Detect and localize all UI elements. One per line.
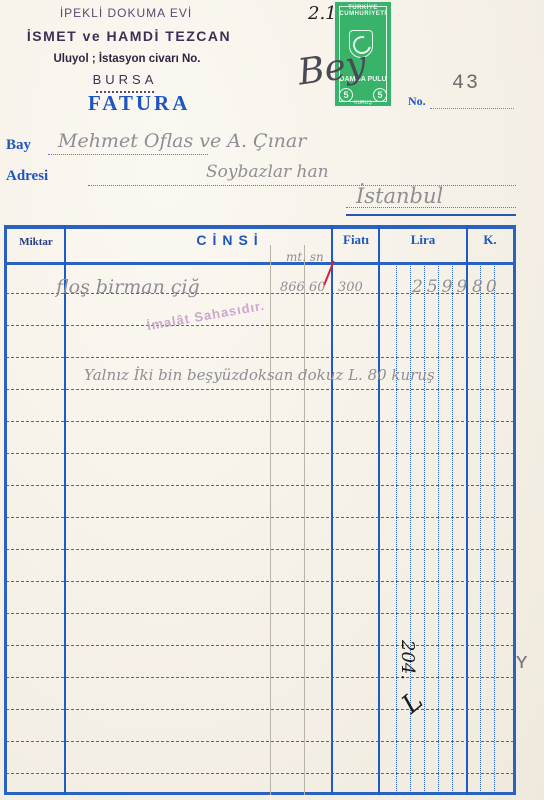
row-line [6,453,514,454]
amount-in-words: Yalnız İki bin beşyüzdoksan dokuz L. 80 … [84,366,435,384]
item-kurus: 80 [472,277,500,297]
stamp-unit: KURUŞ [335,100,391,106]
lira-subdivider-5 [452,262,453,795]
row-line [6,709,514,710]
address-dotted-line-1 [88,185,516,186]
row-line [6,357,514,358]
row-line [6,325,514,326]
invoice-paper: İPEKLİ DOKUMA EVİ İSMET ve HAMDİ TEZCAN … [0,0,544,800]
table-header-divider [4,262,516,265]
lira-subdivider-3 [424,262,425,795]
stamp-country: TÜRKİYE CUMHURİYETİ [335,5,391,17]
lira-subdivider-4 [438,262,439,795]
letterhead-address: Uluyol ; İstasyon civarı No. [22,53,232,65]
row-line [6,677,514,678]
row-line [6,581,514,582]
header-fiati: Fiatı [334,232,378,248]
pencil-rule-2 [304,245,305,795]
header-cinsi: CİNSİ [180,232,280,248]
address-underline [346,214,516,216]
item-measure: 866 60 [280,280,326,295]
document-title: FATURA [88,91,190,116]
row-line [6,645,514,646]
row-line [6,517,514,518]
row-line [6,613,514,614]
margin-tick-mark: ʏ [516,648,527,674]
row-line [6,741,514,742]
row-line [6,421,514,422]
lira-subdivider-1 [396,262,397,795]
header-kurus: K. [468,232,512,248]
address-line-2: İstanbul [356,184,443,208]
kurus-subdivider-1 [480,262,481,795]
name-dotted-line [48,154,208,155]
address-label: Adresi [6,168,48,185]
item-description: floş birman çiğ [56,276,200,298]
header-miktar: Miktar [10,236,62,248]
item-lira: 2599 [412,277,471,297]
number-dotted-line [430,108,514,109]
customer-name-label: Bay [6,137,31,154]
row-line [6,549,514,550]
item-unit-price: 300 [338,280,363,295]
customer-name: Mehmet Oflas ve A. Çınar [58,130,306,152]
margin-note: 204. [397,640,418,680]
kurus-subdivider-2 [494,262,495,795]
letterhead-line-1: İPEKLİ DOKUMA EVİ [26,6,226,20]
pencil-rule-1 [270,245,271,795]
letterhead-company: İSMET ve HAMDİ TEZCAN [24,28,234,44]
letterhead-city: BURSA [70,72,180,87]
header-lira: Lira [380,232,466,248]
row-line [6,389,514,390]
address-line-1: Soybazlar han [206,162,329,182]
number-label: No. [408,94,426,109]
invoice-number: 43 [452,72,480,95]
unit-note: mt. sn [286,250,324,264]
row-line [6,773,514,774]
row-line [6,485,514,486]
